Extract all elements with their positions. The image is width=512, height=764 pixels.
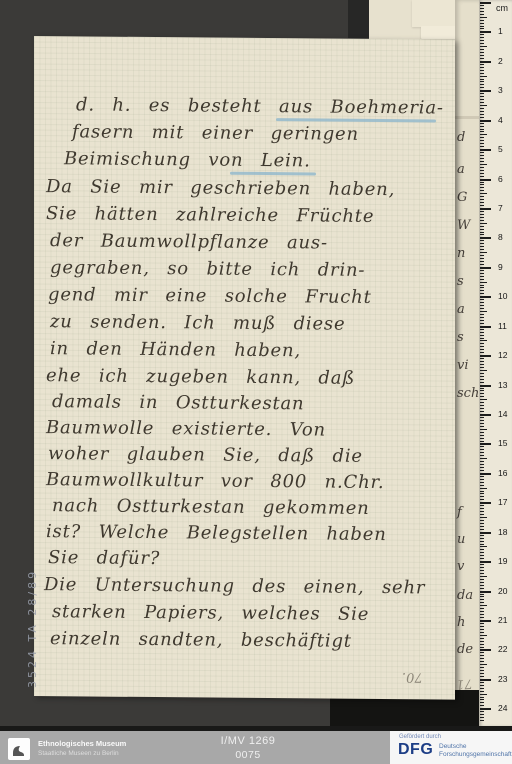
funder-name-line2: Forschungsgemeinschaft — [439, 751, 512, 759]
ruler-number: 22 — [498, 644, 507, 654]
ruler-tick — [480, 691, 484, 692]
ruler-tick — [480, 611, 484, 612]
ruler-tick — [480, 255, 484, 256]
ruler-tick — [480, 285, 484, 286]
ruler-tick — [480, 588, 484, 589]
ruler-number: 15 — [498, 438, 507, 448]
adjacent-line-fragment: u — [457, 532, 465, 547]
adjacent-line-fragment: de — [457, 642, 473, 657]
fold-crease — [455, 116, 479, 119]
ruler-tick — [480, 358, 484, 359]
ruler-tick — [480, 555, 484, 556]
ruler-tick — [480, 52, 484, 53]
scan-viewport: daGWnsasvischfuvdahde d. h. es besteht a… — [0, 0, 512, 764]
ruler-tick — [480, 423, 484, 424]
adjacent-line-fragment: W — [457, 218, 470, 233]
ruler-tick — [480, 202, 484, 203]
ruler-tick — [480, 146, 484, 147]
ruler-tick — [480, 670, 484, 671]
ruler-tick — [480, 473, 491, 475]
ruler-tick — [480, 688, 484, 689]
adjacent-line-fragment: vi — [457, 358, 469, 373]
ruler-tick — [480, 629, 484, 630]
ruler-tick — [480, 276, 484, 277]
handwritten-line: Beimischung von Lein. — [64, 148, 311, 171]
adjacent-line-fragment: a — [457, 302, 465, 317]
ruler-tick — [480, 67, 484, 68]
handwritten-line: Da Sie mir geschrieben haben, — [46, 176, 395, 200]
ruler-tick — [480, 644, 484, 645]
adjacent-line-fragment: sch — [457, 386, 479, 401]
ruler-tick — [480, 564, 484, 565]
ruler-tick — [480, 117, 484, 118]
ruler-tick — [480, 335, 484, 336]
ruler-tick — [480, 149, 491, 151]
ruler-tick — [480, 152, 484, 153]
ruler-tick — [480, 217, 484, 218]
ruler-tick — [480, 632, 484, 633]
handwritten-line: woher glauben Sie, daß die — [48, 443, 363, 467]
ruler-tick — [480, 302, 484, 303]
ruler-tick — [480, 685, 484, 686]
document-id-block: I/MV 1269 0075 — [120, 735, 376, 761]
ruler-tick — [480, 411, 484, 412]
museum-name: Ethnologisches Museum — [38, 739, 126, 748]
ruler-tick — [480, 355, 491, 357]
ruler-tick — [480, 393, 484, 394]
ruler-tick — [480, 591, 491, 593]
ruler-tick — [480, 420, 484, 421]
ruler-number: 18 — [498, 527, 507, 537]
dfg-logo: DFG — [398, 741, 433, 759]
ruler-tick — [480, 361, 484, 362]
ruler-tick — [480, 182, 484, 183]
ruler-tick — [480, 311, 487, 312]
ruler-tick — [480, 529, 484, 530]
adjacent-line-fragment: f — [457, 505, 462, 520]
ruler-tick — [480, 2, 491, 4]
ruler-tick — [480, 614, 484, 615]
ruler-tick — [480, 599, 484, 600]
ruler-tick — [480, 655, 484, 656]
ruler-tick — [480, 661, 484, 662]
ruler-tick — [480, 538, 484, 539]
ruler-tick — [480, 508, 484, 509]
ruler-tick — [480, 220, 484, 221]
ruler-tick — [480, 126, 484, 127]
ruler-tick — [480, 517, 487, 518]
ruler-unit-label: cm — [496, 3, 508, 13]
ruler-tick — [480, 667, 484, 668]
ruler-tick — [480, 332, 484, 333]
ruler-tick — [480, 193, 487, 194]
ruler-tick — [480, 682, 484, 683]
ruler-tick — [480, 208, 491, 210]
ruler-tick — [480, 187, 484, 188]
ruler-tick — [480, 23, 484, 24]
ruler-tick — [480, 196, 484, 197]
handwritten-line: Baumwolle existierte. Von — [46, 417, 326, 440]
ruler-number: 9 — [498, 262, 503, 272]
pencil-page-mark-70: 70. — [402, 669, 423, 684]
ruler-tick — [480, 317, 484, 318]
ruler-tick — [480, 61, 491, 63]
adjacent-line-fragment: n — [457, 246, 465, 261]
ruler-tick — [480, 320, 484, 321]
ruler-tick — [480, 249, 484, 250]
ruler-tick — [480, 426, 484, 427]
ruler-tick — [480, 164, 487, 165]
ruler-tick — [480, 349, 484, 350]
ruler-tick — [480, 161, 484, 162]
ruler-tick — [480, 293, 484, 294]
pencil-page-mark-71: 71 — [455, 675, 473, 691]
ruler-tick — [480, 717, 484, 718]
document-id: I/MV 1269 — [120, 735, 376, 747]
ruler-tick — [480, 638, 484, 639]
ruler-tick — [480, 173, 484, 174]
ruler-tick — [480, 87, 484, 88]
handwritten-line: zu senden. Ich muß diese — [50, 311, 345, 335]
museum-text-block: Ethnologisches Museum Staatliche Museen … — [38, 739, 126, 757]
ruler-number: 21 — [498, 615, 507, 625]
ruler-number: 20 — [498, 586, 507, 596]
ruler-tick — [480, 714, 484, 715]
ruler-number: 11 — [498, 321, 507, 331]
ruler-tick — [480, 499, 484, 500]
ruler-tick — [480, 455, 484, 456]
ruler-tick — [480, 299, 484, 300]
ruler-tick — [480, 596, 484, 597]
ruler-tick — [480, 561, 491, 563]
ruler-tick — [480, 346, 484, 347]
funding-label: Gefördert durch — [399, 734, 441, 740]
funder-name: Deutsche Forschungsgemeinschaft — [439, 743, 512, 759]
ruler-tick — [480, 96, 484, 97]
ruler-tick — [480, 502, 491, 504]
ruler-tick — [480, 414, 491, 416]
ruler-tick — [480, 120, 491, 122]
ruler-tick — [480, 544, 484, 545]
ruler-tick — [480, 549, 484, 550]
ruler-tick — [480, 20, 484, 21]
ruler-tick — [480, 417, 484, 418]
ruler-number: 7 — [498, 203, 503, 213]
ruler-tick — [480, 237, 491, 239]
ruler-tick — [480, 73, 484, 74]
ruler-tick — [480, 511, 484, 512]
scan-page-number: 0075 — [120, 749, 376, 761]
ruler-tick — [480, 246, 484, 247]
ruler-number: 23 — [498, 674, 507, 684]
ruler-tick — [480, 26, 484, 27]
ruler-tick — [480, 340, 487, 341]
ruler-tick — [480, 243, 484, 244]
museum-logo — [8, 738, 30, 760]
ruler-tick — [480, 264, 484, 265]
ruler-tick — [480, 582, 484, 583]
ruler-tick — [480, 720, 484, 721]
ruler-tick — [480, 449, 484, 450]
ruler-tick — [480, 258, 484, 259]
ruler-tick — [480, 470, 484, 471]
ruler-number: 24 — [498, 703, 507, 713]
ruler-number: 16 — [498, 468, 507, 478]
ruler-tick — [480, 623, 484, 624]
ruler-tick — [480, 579, 484, 580]
ruler-tick — [480, 697, 484, 698]
ruler-tick — [480, 385, 491, 387]
ruler-tick — [480, 211, 484, 212]
ruler-tick — [480, 308, 484, 309]
ruler-tick — [480, 594, 484, 595]
ruler-tick — [480, 282, 487, 283]
ruler-tick — [480, 408, 484, 409]
ruler-tick — [480, 99, 484, 100]
background-notch — [348, 0, 370, 38]
ruler-tick — [480, 585, 484, 586]
ruler-tick — [480, 567, 484, 568]
ruler-tick — [480, 84, 484, 85]
ruler-number: 14 — [498, 409, 507, 419]
ruler-tick — [480, 199, 484, 200]
ruler-tick — [480, 81, 484, 82]
handwritten-line: der Baumwollpflanze aus- — [50, 230, 328, 253]
ruler-tick — [480, 576, 487, 577]
ruler-tick — [480, 31, 491, 33]
ruler-tick — [480, 190, 484, 191]
ruler-tick — [480, 658, 484, 659]
adjacent-line-fragment: G — [457, 190, 467, 205]
ruler-tick — [480, 467, 484, 468]
ruler-tick — [480, 323, 484, 324]
ruler-tick — [480, 496, 484, 497]
ruler-tick — [480, 290, 484, 291]
photo-area: daGWnsasvischfuvdahde d. h. es besteht a… — [0, 0, 512, 731]
ruler-tick — [480, 570, 484, 571]
handwritten-line: starken Papiers, welches Sie — [52, 601, 369, 625]
ruler-tick — [480, 134, 487, 135]
adjacent-line-fragment: d — [457, 130, 465, 145]
ruler-tick — [480, 673, 484, 674]
ruler-tick — [480, 11, 484, 12]
ruler-tick — [480, 461, 484, 462]
adjacent-line-fragment: da — [457, 588, 473, 603]
ruler-tick — [480, 102, 484, 103]
ruler-tick — [480, 641, 484, 642]
ruler-tick — [480, 664, 487, 665]
funder-block: Gefördert durch DFG Deutsche Forschungsg… — [390, 731, 512, 764]
ruler-tick — [480, 702, 484, 703]
ruler-tick — [480, 432, 484, 433]
ruler-tick — [480, 158, 484, 159]
ruler-tick — [480, 90, 491, 92]
ruler-tick — [480, 541, 484, 542]
ruler-tick — [480, 93, 484, 94]
ruler-tick — [480, 205, 484, 206]
footer-bar: Ethnologisches Museum Staatliche Museen … — [0, 731, 512, 764]
ruler-tick — [480, 28, 484, 29]
ruler-tick — [480, 229, 484, 230]
ruler-tick — [480, 364, 484, 365]
ruler-number: 13 — [498, 380, 507, 390]
ruler-tick — [480, 40, 484, 41]
ruler-tick — [480, 305, 484, 306]
ruler-tick — [480, 167, 484, 168]
ruler-tick — [480, 438, 484, 439]
ruler-tick — [480, 338, 484, 339]
ruler-tick — [480, 267, 491, 269]
handwritten-line: gend mir eine solche Frucht — [48, 284, 372, 308]
ruler-tick — [480, 608, 484, 609]
ruler: cm 1234567891011121314151617181920212223… — [479, 0, 512, 727]
ruler-tick — [480, 252, 487, 253]
ruler-tick — [480, 573, 484, 574]
ruler-tick — [480, 505, 484, 506]
ruler-tick — [480, 464, 484, 465]
ruler-tick — [480, 223, 487, 224]
ruler-tick — [480, 79, 484, 80]
ruler-tick — [480, 679, 491, 681]
letter-page: d. h. es besteht aus Boehmeria-fasern mi… — [34, 36, 455, 700]
ruler-tick — [480, 493, 484, 494]
ruler-tick — [480, 379, 484, 380]
ruler-tick — [480, 429, 487, 430]
ruler-tick — [480, 708, 491, 710]
ruler-tick — [480, 376, 484, 377]
handwritten-line: einzeln sandten, beschäftigt — [50, 628, 352, 652]
ruler-tick — [480, 485, 484, 486]
ruler-tick — [480, 176, 484, 177]
handwritten-line: fasern mit einer geringen — [72, 121, 359, 145]
handwritten-line: nach Ostturkestan gekommen — [52, 495, 370, 519]
ruler-tick — [480, 343, 484, 344]
ruler-tick — [480, 482, 484, 483]
handwritten-line: damals in Ostturkestan — [52, 391, 304, 414]
ruler-tick — [480, 37, 484, 38]
ruler-number: 10 — [498, 291, 507, 301]
ruler-tick — [480, 382, 484, 383]
ruler-tick — [480, 705, 484, 706]
ruler-number: 5 — [498, 144, 503, 154]
ruler-tick — [480, 314, 484, 315]
handwritten-line: d. h. es besteht aus Boehmeria- — [76, 94, 444, 118]
ruler-tick — [480, 70, 484, 71]
ruler-tick — [480, 43, 484, 44]
ruler-tick — [480, 76, 487, 77]
ruler-tick — [480, 5, 484, 6]
ruler-tick — [480, 626, 484, 627]
underline-lein — [230, 172, 316, 176]
ruler-tick — [480, 129, 484, 130]
ruler-tick — [480, 676, 484, 677]
ruler-tick — [480, 8, 484, 9]
ruler-tick — [480, 476, 484, 477]
ruler-tick — [480, 617, 484, 618]
ruler-tick — [480, 137, 484, 138]
ruler-tick — [480, 443, 491, 445]
handwritten-line: Baumwollkultur vor 800 n.Chr. — [46, 469, 384, 493]
ruler-tick — [480, 390, 484, 391]
ruler-tick — [480, 491, 484, 492]
ruler-tick — [480, 49, 484, 50]
handwritten-line: ehe ich zugeben kann, daß — [46, 365, 355, 389]
ruler-tick — [480, 287, 484, 288]
ruler-tick — [480, 535, 484, 536]
ruler-number: 1 — [498, 26, 503, 36]
adjacent-line-fragment: v — [457, 559, 464, 574]
ruler-tick — [480, 34, 484, 35]
ruler-tick — [480, 396, 484, 397]
ruler-number: 3 — [498, 85, 503, 95]
ruler-tick — [480, 352, 484, 353]
ruler-tick — [480, 46, 487, 47]
ruler-tick — [480, 532, 491, 534]
ruler-tick — [480, 488, 487, 489]
ruler-tick — [480, 214, 484, 215]
ruler-tick — [480, 273, 484, 274]
adjacent-line-fragment: s — [457, 274, 464, 289]
handwritten-line: in den Händen haben, — [50, 338, 301, 361]
ruler-tick — [480, 234, 484, 235]
ruler-tick — [480, 558, 484, 559]
ruler-tick — [480, 329, 484, 330]
ruler-tick — [480, 649, 491, 651]
ruler-tick — [480, 652, 484, 653]
ruler-tick — [480, 441, 484, 442]
ruler-tick — [480, 635, 487, 636]
handwritten-line: gegraben, so bitte ich drin- — [50, 257, 365, 281]
ruler-tick — [480, 399, 487, 400]
ruler-tick — [480, 514, 484, 515]
ruler-tick — [480, 647, 484, 648]
ruler-tick — [480, 143, 484, 144]
ruler-tick — [480, 373, 484, 374]
handwritten-line: Sie hätten zahlreiche Früchte — [46, 203, 374, 227]
ruler-tick — [480, 261, 484, 262]
ruler-tick — [480, 155, 484, 156]
ruler-tick — [480, 55, 484, 56]
ruler-tick — [480, 296, 491, 298]
ruler-tick — [480, 711, 484, 712]
ruler-tick — [480, 435, 484, 436]
ruler-number: 6 — [498, 174, 503, 184]
ruler-tick — [480, 123, 484, 124]
ruler-tick — [480, 279, 484, 280]
ruler-number: 8 — [498, 232, 503, 242]
adjacent-line-fragment: s — [457, 330, 464, 345]
vertical-pencil-annotation: 3524 TA 28/89 — [26, 488, 40, 688]
ruler-tick — [480, 108, 484, 109]
ruler-tick — [480, 694, 487, 695]
handwritten-line: Sie dafür? — [48, 547, 160, 569]
ruler-tick — [480, 546, 487, 547]
ruler-tick — [480, 552, 484, 553]
museum-subtitle: Staatliche Museen zu Berlin — [38, 750, 126, 757]
ruler-tick — [480, 326, 491, 328]
ruler-tick — [480, 523, 484, 524]
ruler-number: 4 — [498, 115, 503, 125]
ruler-tick — [480, 458, 487, 459]
ruler-tick — [480, 131, 484, 132]
ruler-tick — [480, 402, 484, 403]
ruler-tick — [480, 232, 484, 233]
ruler-tick — [480, 240, 484, 241]
ruler-tick — [480, 17, 487, 18]
ruler-tick — [480, 620, 491, 622]
ruler-tick — [480, 446, 484, 447]
ruler-tick — [480, 452, 484, 453]
